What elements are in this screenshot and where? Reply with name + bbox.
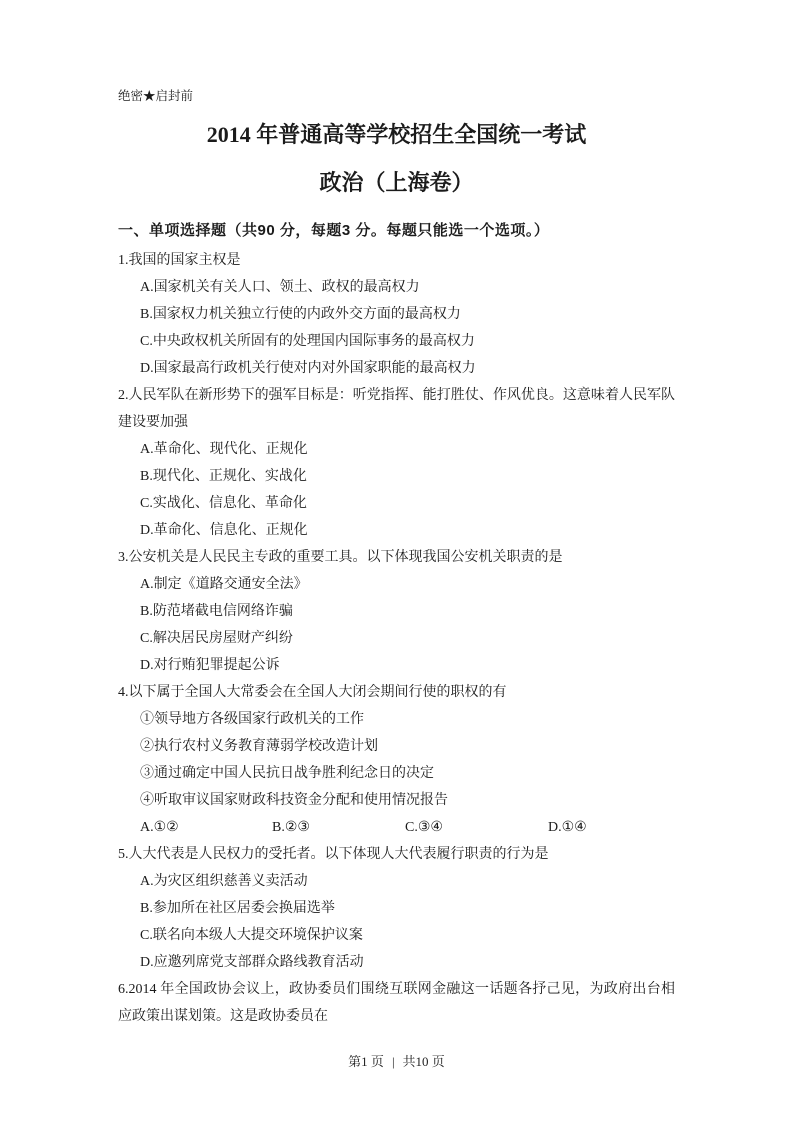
- question-4-subitem-2: ②执行农村义务教育薄弱学校改造计划: [118, 733, 675, 760]
- total-pages-label: 共10 页: [403, 1054, 445, 1069]
- question-2-option-a: A.革命化、现代化、正规化: [118, 436, 675, 463]
- question-3-option-a: A.制定《道路交通安全法》: [118, 571, 675, 598]
- current-page-label: 第1 页: [348, 1054, 384, 1069]
- question-1-option-d: D.国家最高行政机关行使对内对外国家职能的最高权力: [118, 355, 675, 382]
- question-4-choice-d: D.①④: [548, 814, 675, 841]
- question-1-option-c: C.中央政权机关所固有的处理国内国际事务的最高权力: [118, 328, 675, 355]
- question-2-option-c: C.实战化、信息化、革命化: [118, 490, 675, 517]
- question-6: 6.2014 年全国政协会议上，政协委员们围绕互联网金融这一话题各抒己见，为政府…: [118, 976, 675, 1030]
- page-footer: 第1 页|共10 页: [0, 1052, 793, 1072]
- exam-paper-page: 绝密★启封前 2014 年普通高等学校招生全国统一考试 政治（上海卷） 一、单项…: [0, 0, 793, 1122]
- question-4-subitem-1: ①领导地方各级国家行政机关的工作: [118, 706, 675, 733]
- exam-subtitle: 政治（上海卷）: [118, 167, 675, 199]
- question-5-option-a: A.为灾区组织慈善义卖活动: [118, 868, 675, 895]
- question-3-option-b: B.防范堵截电信网络诈骗: [118, 598, 675, 625]
- footer-separator: |: [392, 1054, 395, 1069]
- question-5-option-c: C.联名向本级人大提交环境保护议案: [118, 922, 675, 949]
- question-2-option-d: D.革命化、信息化、正规化: [118, 517, 675, 544]
- question-4-choice-c: C.③④: [405, 814, 548, 841]
- question-4-choices-row: A.①② B.②③ C.③④ D.①④: [118, 814, 675, 841]
- question-5-option-b: B.参加所在社区居委会换届选举: [118, 895, 675, 922]
- question-4-subitem-3: ③通过确定中国人民抗日战争胜利纪念日的决定: [118, 760, 675, 787]
- question-3-option-c: C.解决居民房屋财产纠纷: [118, 625, 675, 652]
- question-2-option-b: B.现代化、正规化、实战化: [118, 463, 675, 490]
- question-1: 1.我国的国家主权是 A.国家机关有关人口、领土、政权的最高权力 B.国家权力机…: [118, 247, 675, 382]
- question-5: 5.人大代表是人民权力的受托者。以下体现人大代表履行职责的行为是 A.为灾区组织…: [118, 841, 675, 976]
- question-5-option-d: D.应邀列席党支部群众路线教育活动: [118, 949, 675, 976]
- question-5-stem: 5.人大代表是人民权力的受托者。以下体现人大代表履行职责的行为是: [118, 841, 675, 868]
- question-1-stem: 1.我国的国家主权是: [118, 247, 675, 274]
- question-1-option-b: B.国家权力机关独立行使的内政外交方面的最高权力: [118, 301, 675, 328]
- classification-label: 绝密★启封前: [118, 88, 675, 105]
- question-2-stem: 2.人民军队在新形势下的强军目标是：听党指挥、能打胜仗、作风优良。这意味着人民军…: [118, 382, 675, 436]
- question-3: 3.公安机关是人民民主专政的重要工具。以下体现我国公安机关职责的是 A.制定《道…: [118, 544, 675, 679]
- question-1-option-a: A.国家机关有关人口、领土、政权的最高权力: [118, 274, 675, 301]
- section-heading: 一、单项选择题（共90 分，每题3 分。每题只能选一个选项。）: [118, 219, 675, 243]
- question-2: 2.人民军队在新形势下的强军目标是：听党指挥、能打胜仗、作风优良。这意味着人民军…: [118, 382, 675, 544]
- question-4-choice-b: B.②③: [272, 814, 405, 841]
- question-4-stem: 4.以下属于全国人大常委会在全国人大闭会期间行使的职权的有: [118, 679, 675, 706]
- question-4-choice-a: A.①②: [140, 814, 272, 841]
- question-6-stem: 6.2014 年全国政协会议上，政协委员们围绕互联网金融这一话题各抒己见，为政府…: [118, 976, 675, 1030]
- question-4-subitem-4: ④听取审议国家财政科技资金分配和使用情况报告: [118, 787, 675, 814]
- question-3-option-d: D.对行贿犯罪提起公诉: [118, 652, 675, 679]
- question-3-stem: 3.公安机关是人民民主专政的重要工具。以下体现我国公安机关职责的是: [118, 544, 675, 571]
- exam-title: 2014 年普通高等学校招生全国统一考试: [118, 119, 675, 151]
- question-4: 4.以下属于全国人大常委会在全国人大闭会期间行使的职权的有 ①领导地方各级国家行…: [118, 679, 675, 841]
- questions-list: 1.我国的国家主权是 A.国家机关有关人口、领土、政权的最高权力 B.国家权力机…: [118, 247, 675, 1030]
